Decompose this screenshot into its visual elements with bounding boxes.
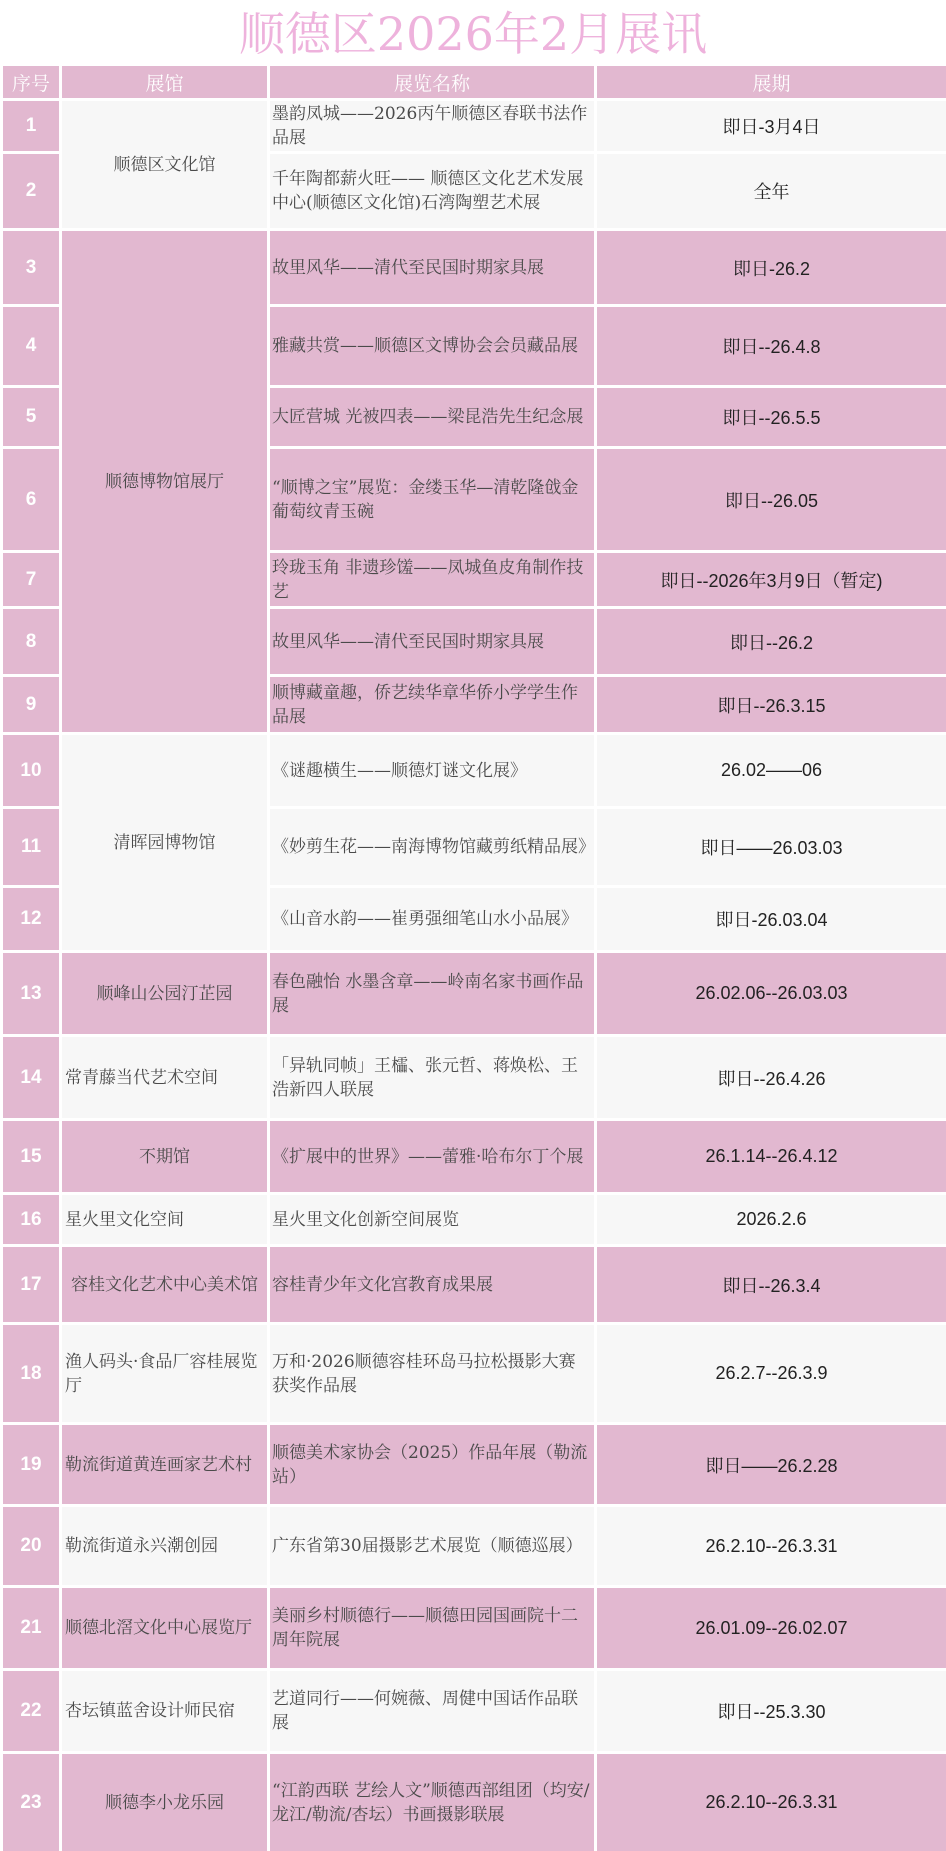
table-row: 18 渔人码头·食品厂容桂展览厅 万和·2026顺德容桂环岛马拉松摄影大赛获奖作…: [3, 1325, 946, 1422]
exhibition-period: 26.02.06--26.03.03: [597, 953, 946, 1034]
exhibition-name: 《妙剪生花——南海博物馆藏剪纸精品展》: [270, 809, 594, 885]
row-number: 14: [3, 1037, 59, 1118]
table-header-row: 序号 展馆 展览名称 展期: [3, 66, 946, 98]
exhibition-name: 《山音水韵——崔勇强细笔山水小品展》: [270, 888, 594, 950]
page-title: 顺德区2026年2月展讯: [0, 4, 946, 64]
exhibition-name: 春色融怡 水墨含章——岭南名家书画作品展: [270, 953, 594, 1034]
exhibition-name: 万和·2026顺德容桂环岛马拉松摄影大赛获奖作品展: [270, 1325, 594, 1422]
exhibition-table: 序号 展馆 展览名称 展期 1 顺德区文化馆 墨韵凤城——2026丙午顺德区春联…: [0, 63, 946, 1851]
exhibition-name: 《谜趣横生——顺德灯谜文化展》: [270, 735, 594, 806]
venue-cell: 勒流街道永兴潮创园: [62, 1507, 267, 1585]
exhibition-name: 大匠营城 光被四表——梁昆浩先生纪念展: [270, 388, 594, 446]
table-row: 13 顺峰山公园汀芷园 春色融怡 水墨含章——岭南名家书画作品展 26.02.0…: [3, 953, 946, 1034]
exhibition-period: 即日--2026年3月9日（暂定): [597, 553, 946, 606]
exhibition-period: 26.01.09--26.02.07: [597, 1588, 946, 1668]
row-number: 15: [3, 1121, 59, 1192]
exhibition-period: 即日--26.05: [597, 449, 946, 550]
exhibition-name: 容桂青少年文化宫教育成果展: [270, 1247, 594, 1322]
exhibition-period: 2026.2.6: [597, 1195, 946, 1244]
exhibition-period: 即日——26.2.28: [597, 1425, 946, 1504]
row-number: 16: [3, 1195, 59, 1244]
exhibition-period: 即日-26.03.04: [597, 888, 946, 950]
table-row: 15 不期馆 《扩展中的世界》——蕾雅·哈布尔丁个展 26.1.14--26.4…: [3, 1121, 946, 1192]
exhibition-period: 即日--26.4.26: [597, 1037, 946, 1118]
venue-cell: 顺德博物馆展厅: [62, 231, 267, 732]
venue-cell: 渔人码头·食品厂容桂展览厅: [62, 1325, 267, 1422]
exhibition-name: 广东省第30届摄影艺术展览（顺德巡展）: [270, 1507, 594, 1585]
exhibition-period: 即日--26.3.4: [597, 1247, 946, 1322]
venue-cell: 顺德区文化馆: [62, 101, 267, 228]
exhibition-period: 即日--26.5.5: [597, 388, 946, 446]
venue-cell: 顺德李小龙乐园: [62, 1754, 267, 1851]
exhibition-name: 顺博藏童趣，侨艺续华章华侨小学学生作品展: [270, 677, 594, 732]
row-number: 13: [3, 953, 59, 1034]
row-number: 6: [3, 449, 59, 550]
exhibition-name: 星火里文化创新空间展览: [270, 1195, 594, 1244]
table-row: 10 清晖园博物馆 《谜趣横生——顺德灯谜文化展》 26.02——06: [3, 735, 946, 806]
row-number: 21: [3, 1588, 59, 1668]
row-number: 20: [3, 1507, 59, 1585]
venue-cell: 顺德北滘文化中心展览厅: [62, 1588, 267, 1668]
venue-cell: 星火里文化空间: [62, 1195, 267, 1244]
exhibition-name: 玲珑玉角 非遗珍馐——凤城鱼皮角制作技艺: [270, 553, 594, 606]
exhibition-name: 《扩展中的世界》——蕾雅·哈布尔丁个展: [270, 1121, 594, 1192]
exhibition-name: 千年陶都薪火旺—— 顺德区文化艺术发展中心(顺德区文化馆)石湾陶塑艺术展: [270, 154, 594, 228]
exhibition-name: 「异轨同帧」王櫺、张元哲、蒋焕松、王浩新四人联展: [270, 1037, 594, 1118]
row-number: 19: [3, 1425, 59, 1504]
exhibition-period: 即日——26.03.03: [597, 809, 946, 885]
exhibition-name: “江韵西联 艺绘人文”顺德西部组团（均安/龙江/勒流/杏坛）书画摄影联展: [270, 1754, 594, 1851]
venue-cell: 不期馆: [62, 1121, 267, 1192]
exhibition-period: 26.02——06: [597, 735, 946, 806]
exhibition-name: 墨韵凤城——2026丙午顺德区春联书法作品展: [270, 101, 594, 151]
table-row: 14 常青藤当代艺术空间 「异轨同帧」王櫺、张元哲、蒋焕松、王浩新四人联展 即日…: [3, 1037, 946, 1118]
header-exhibition-name: 展览名称: [270, 66, 594, 98]
exhibition-name: 顺德美术家协会（2025）作品年展（勒流站）: [270, 1425, 594, 1504]
row-number: 10: [3, 735, 59, 806]
exhibition-name: 艺道同行——何婉薇、周健中国话作品联展: [270, 1671, 594, 1751]
venue-cell: 清晖园博物馆: [62, 735, 267, 950]
row-number: 3: [3, 231, 59, 304]
exhibition-period: 即日-26.2: [597, 231, 946, 304]
row-number: 23: [3, 1754, 59, 1851]
table-row: 3 顺德博物馆展厅 故里风华——清代至民国时期家具展 即日-26.2: [3, 231, 946, 304]
table-row: 19 勒流街道黄连画家艺术村 顺德美术家协会（2025）作品年展（勒流站） 即日…: [3, 1425, 946, 1504]
exhibition-name-line2: 获奖作品展: [272, 1376, 357, 1396]
header-seq: 序号: [3, 66, 59, 98]
venue-cell: 容桂文化艺术中心美术馆: [62, 1247, 267, 1322]
exhibition-period: 26.2.7--26.3.9: [597, 1325, 946, 1422]
exhibition-period: 即日--26.4.8: [597, 307, 946, 385]
venue-cell: 杏坛镇蓝舍设计师民宿: [62, 1671, 267, 1751]
row-number: 17: [3, 1247, 59, 1322]
row-number: 4: [3, 307, 59, 385]
table-row: 23 顺德李小龙乐园 “江韵西联 艺绘人文”顺德西部组团（均安/龙江/勒流/杏坛…: [3, 1754, 946, 1851]
exhibition-name: 故里风华——清代至民国时期家具展: [270, 609, 594, 674]
row-number: 8: [3, 609, 59, 674]
row-number: 7: [3, 553, 59, 606]
exhibition-name: 雅藏共赏——顺德区文博协会会员藏品展: [270, 307, 594, 385]
exhibition-period: 即日--26.3.15: [597, 677, 946, 732]
row-number: 12: [3, 888, 59, 950]
exhibition-period: 即日--26.2: [597, 609, 946, 674]
exhibition-name: “顺博之宝”展览：金缕玉华—清乾隆戗金葡萄纹青玉碗: [270, 449, 594, 550]
exhibition-name: 美丽乡村顺德行——顺德田园国画院十二周年院展: [270, 1588, 594, 1668]
header-venue: 展馆: [62, 66, 267, 98]
exhibition-period: 26.2.10--26.3.31: [597, 1754, 946, 1851]
exhibition-name-line1: 万和·2026顺德容桂环岛马拉松摄影大赛: [272, 1352, 576, 1372]
row-number: 1: [3, 101, 59, 151]
exhibition-period: 即日--25.3.30: [597, 1671, 946, 1751]
table-row: 22 杏坛镇蓝舍设计师民宿 艺道同行——何婉薇、周健中国话作品联展 即日--25…: [3, 1671, 946, 1751]
row-number: 5: [3, 388, 59, 446]
exhibition-period: 全年: [597, 154, 946, 228]
row-number: 9: [3, 677, 59, 732]
row-number: 2: [3, 154, 59, 228]
table-row: 1 顺德区文化馆 墨韵凤城——2026丙午顺德区春联书法作品展 即日-3月4日: [3, 101, 946, 151]
venue-cell: 顺峰山公园汀芷园: [62, 953, 267, 1034]
exhibition-period: 26.1.14--26.4.12: [597, 1121, 946, 1192]
table-row: 21 顺德北滘文化中心展览厅 美丽乡村顺德行——顺德田园国画院十二周年院展 26…: [3, 1588, 946, 1668]
exhibition-name: 故里风华——清代至民国时期家具展: [270, 231, 594, 304]
header-period: 展期: [597, 66, 946, 98]
row-number: 18: [3, 1325, 59, 1422]
exhibition-period: 即日-3月4日: [597, 101, 946, 151]
venue-cell: 常青藤当代艺术空间: [62, 1037, 267, 1118]
venue-cell: 勒流街道黄连画家艺术村: [62, 1425, 267, 1504]
table-row: 16 星火里文化空间 星火里文化创新空间展览 2026.2.6: [3, 1195, 946, 1244]
exhibition-period: 26.2.10--26.3.31: [597, 1507, 946, 1585]
table-row: 20 勒流街道永兴潮创园 广东省第30届摄影艺术展览（顺德巡展） 26.2.10…: [3, 1507, 946, 1585]
row-number: 11: [3, 809, 59, 885]
row-number: 22: [3, 1671, 59, 1751]
table-row: 17 容桂文化艺术中心美术馆 容桂青少年文化宫教育成果展 即日--26.3.4: [3, 1247, 946, 1322]
